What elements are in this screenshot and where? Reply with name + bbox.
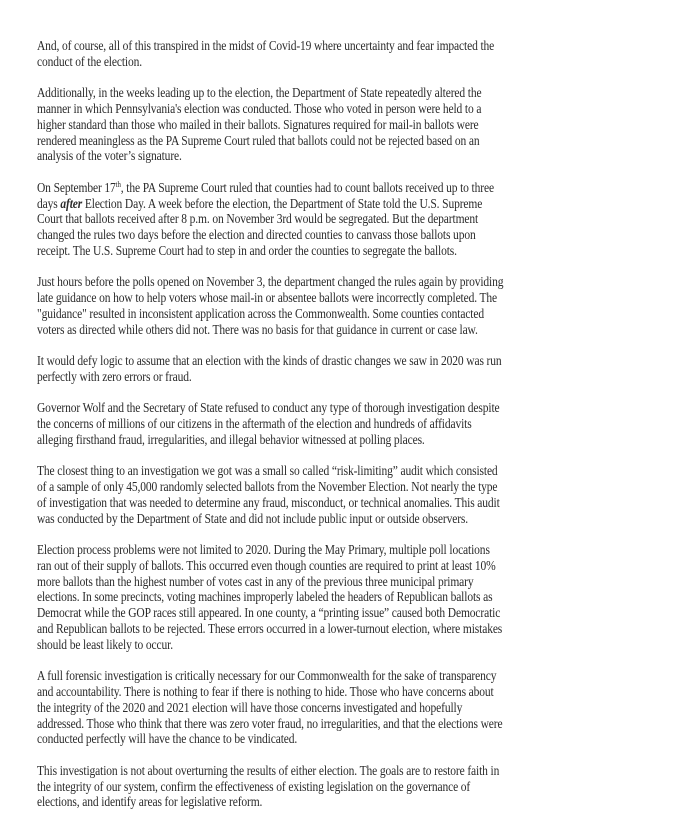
paragraph-not-overturning: This investigation is not about overturn… bbox=[37, 763, 617, 810]
text-line: of investigation that was needed to dete… bbox=[37, 495, 536, 511]
text-line: changed the rules two days before the el… bbox=[37, 227, 536, 243]
paragraph-risk-limiting-audit: The closest thing to an investigation we… bbox=[37, 463, 617, 526]
text-line: Just hours before the polls opened on No… bbox=[37, 274, 536, 290]
text-line: more ballots than the highest number of … bbox=[37, 574, 536, 590]
text-segment: Election Day. A week before the election… bbox=[82, 196, 482, 211]
paragraph-may-primary: Election process problems were not limit… bbox=[37, 542, 617, 653]
text-line: Election process problems were not limit… bbox=[37, 542, 536, 558]
paragraph-late-guidance: Just hours before the polls opened on No… bbox=[37, 274, 617, 337]
text-line: receipt. The U.S. Supreme Court had to s… bbox=[37, 243, 536, 259]
document-body: And, of course, all of this transpired i… bbox=[37, 38, 617, 825]
text-line: and Republican ballots to be rejected. T… bbox=[37, 621, 536, 637]
text-line: On September 17th, the PA Supreme Court … bbox=[37, 180, 536, 196]
text-line: should be least likely to occur. bbox=[37, 637, 536, 653]
text-line: This investigation is not about overturn… bbox=[37, 763, 536, 779]
paragraph-september-ruling: On September 17th, the PA Supreme Court … bbox=[37, 180, 617, 259]
text-line: "guidance" resulted in inconsistent appl… bbox=[37, 306, 536, 322]
paragraph-covid: And, of course, all of this transpired i… bbox=[37, 38, 617, 70]
text-segment: days bbox=[37, 196, 60, 211]
text-line: the integrity of our system, confirm the… bbox=[37, 779, 536, 795]
text-line: It would defy logic to assume that an el… bbox=[37, 353, 536, 369]
text-line: Governor Wolf and the Secretary of State… bbox=[37, 400, 536, 416]
paragraph-forensic-investigation: A full forensic investigation is critica… bbox=[37, 668, 617, 747]
text-line: of a sample of only 45,000 randomly sele… bbox=[37, 479, 536, 495]
text-line: was conducted by the Department of State… bbox=[37, 511, 536, 527]
text-line: Additionally, in the weeks leading up to… bbox=[37, 85, 536, 101]
text-line: elections. In some precincts, voting mac… bbox=[37, 589, 536, 605]
text-line: addressed. Those who think that there wa… bbox=[37, 716, 536, 732]
text-line: Court that ballots received after 8 p.m.… bbox=[37, 211, 536, 227]
text-line: the integrity of the 2020 and 2021 elect… bbox=[37, 700, 536, 716]
text-line: higher standard than those who mailed in… bbox=[37, 117, 536, 133]
text-line: alleging firsthand fraud, irregularities… bbox=[37, 432, 536, 448]
text-line: And, of course, all of this transpired i… bbox=[37, 38, 536, 54]
text-line: the concerns of millions of our citizens… bbox=[37, 416, 536, 432]
text-line: ran out of their supply of ballots. This… bbox=[37, 558, 536, 574]
text-line: days after Election Day. A week before t… bbox=[37, 196, 536, 212]
paragraph-department-of-state: Additionally, in the weeks leading up to… bbox=[37, 85, 617, 164]
text-line: perfectly with zero errors or fraud. bbox=[37, 369, 536, 385]
text-line: rendered meaningless as the PA Supreme C… bbox=[37, 133, 536, 149]
text-line: Democrat while the GOP races still appea… bbox=[37, 605, 536, 621]
text-segment: , the PA Supreme Court ruled that counti… bbox=[121, 180, 494, 195]
text-line: conduct of the election. bbox=[37, 54, 536, 70]
text-line: analysis of the voter’s signature. bbox=[37, 148, 536, 164]
text-line: elections, and identify areas for legisl… bbox=[37, 794, 536, 810]
text-line: A full forensic investigation is critica… bbox=[37, 668, 536, 684]
paragraph-defy-logic: It would defy logic to assume that an el… bbox=[37, 353, 617, 385]
text-line: manner in which Pennsylvania's election … bbox=[37, 101, 536, 117]
text-line: and accountability. There is nothing to … bbox=[37, 684, 536, 700]
text-line: late guidance on how to help voters whos… bbox=[37, 290, 536, 306]
text-line: The closest thing to an investigation we… bbox=[37, 463, 536, 479]
emphasis-after: after bbox=[60, 196, 82, 211]
paragraph-governor-wolf: Governor Wolf and the Secretary of State… bbox=[37, 400, 617, 447]
text-line: conducted perfectly will have the chance… bbox=[37, 731, 536, 747]
text-segment: On September 17 bbox=[37, 180, 116, 195]
text-line: voters as directed while others did not.… bbox=[37, 322, 536, 338]
